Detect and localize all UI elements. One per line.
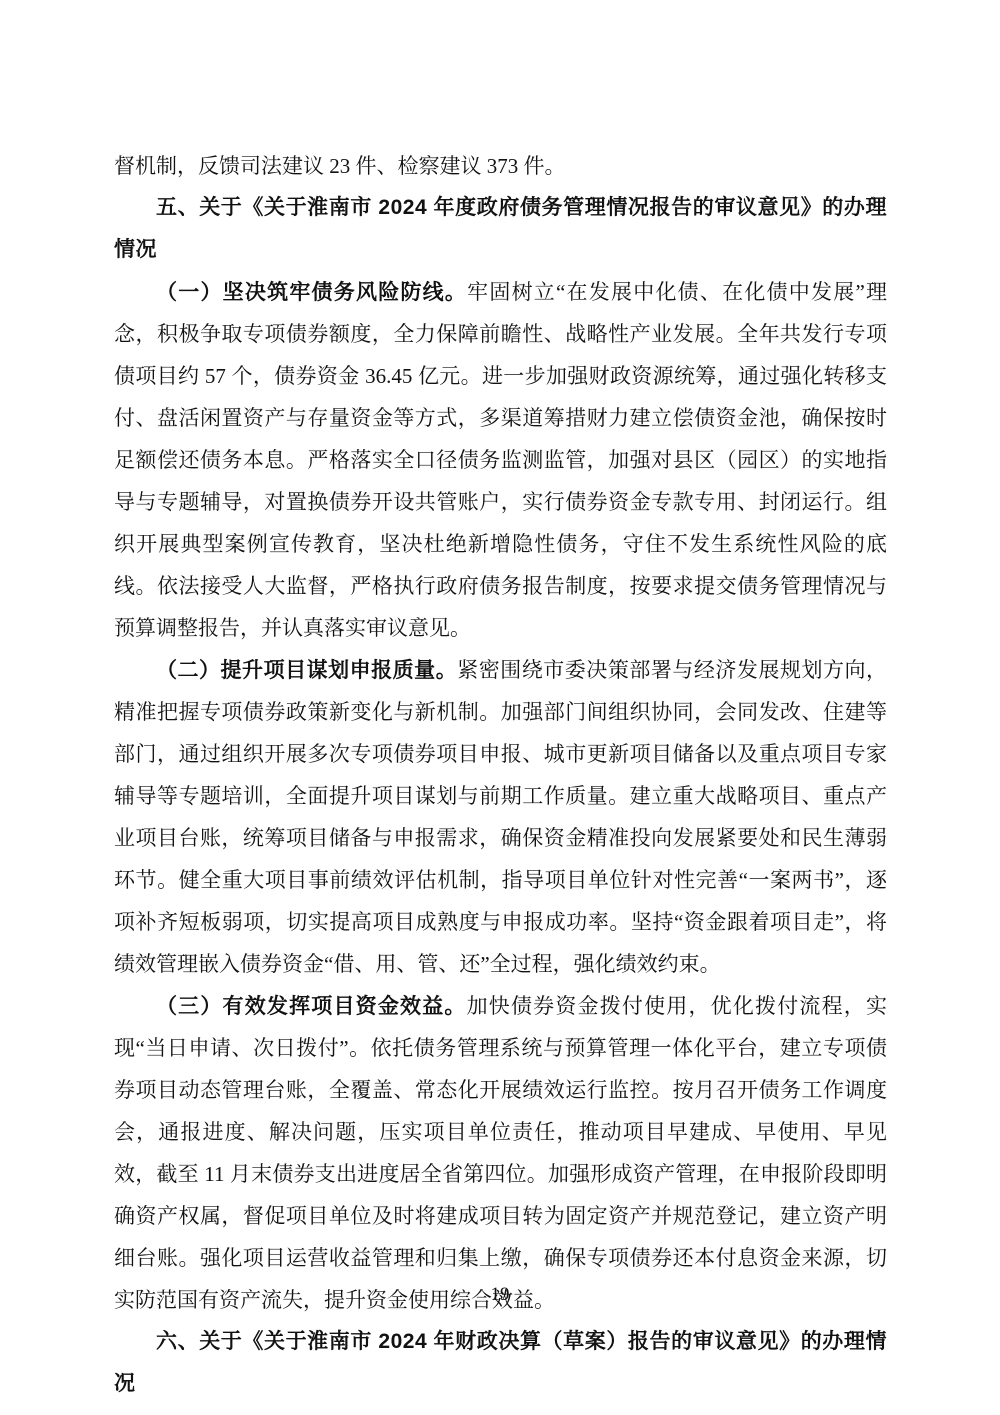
paragraph-item-3-lead: （三）有效发挥项目资金效益。 (156, 994, 467, 1018)
paragraph-continuation: 督机制，反馈司法建议 23 件、检察建议 373 件。 (114, 145, 887, 187)
document-page: 督机制，反馈司法建议 23 件、检察建议 373 件。 五、关于《关于淮南市 2… (0, 0, 1000, 1415)
paragraph-item-1: （一）坚决筑牢债务风险防线。牢固树立“在发展中化债、在化债中发展”理念，积极争取… (114, 271, 887, 649)
paragraph-item-1-lead: （一）坚决筑牢债务风险防线。 (156, 280, 467, 304)
page-number: 19 (0, 1283, 1000, 1307)
section-6-heading: 六、关于《关于淮南市 2024 年财政决算（草案）报告的审议意见》的办理情况 (114, 1321, 887, 1405)
paragraph-item-3-body: 加快债券资金拨付使用，优化拨付流程，实现“当日申请、次日拨付”。依托债务管理系统… (114, 994, 887, 1312)
section-5-heading: 五、关于《关于淮南市 2024 年度政府债务管理情况报告的审议意见》的办理情况 (114, 187, 887, 271)
paragraph-item-2-body: 紧密围绕市委决策部署与经济发展规划方向，精准把握专项债券政策新变化与新机制。加强… (114, 658, 887, 976)
text-area: 督机制，反馈司法建议 23 件、检察建议 373 件。 五、关于《关于淮南市 2… (114, 145, 887, 1405)
paragraph-item-2: （二）提升项目谋划申报质量。紧密围绕市委决策部署与经济发展规划方向，精准把握专项… (114, 649, 887, 985)
paragraph-item-2-lead: （二）提升项目谋划申报质量。 (156, 658, 457, 682)
paragraph-item-3: （三）有效发挥项目资金效益。加快债券资金拨付使用，优化拨付流程，实现“当日申请、… (114, 985, 887, 1321)
paragraph-item-1-body: 牢固树立“在发展中化债、在化债中发展”理念，积极争取专项债券额度，全力保障前瞻性… (114, 280, 887, 640)
